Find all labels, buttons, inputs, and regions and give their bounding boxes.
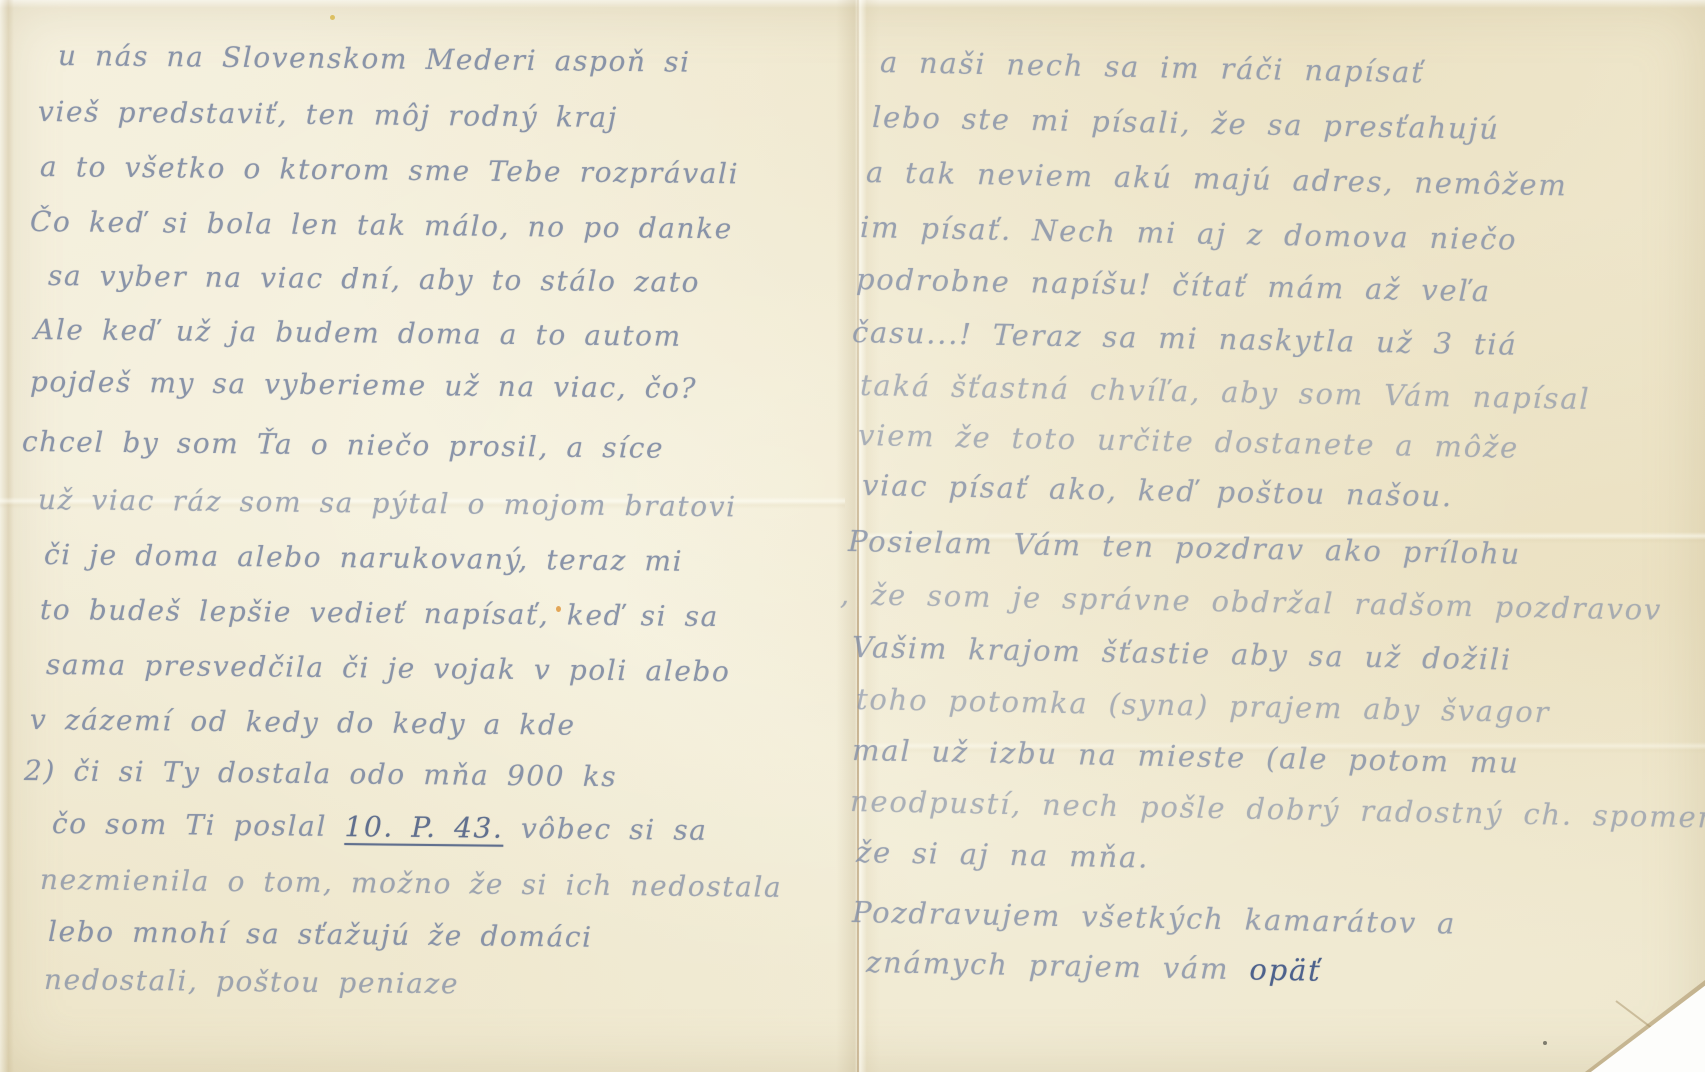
line-text: známych prajem vám bbox=[866, 945, 1250, 986]
handwritten-line: 2) či si Ty dostala odo mňa 900 ks bbox=[24, 757, 618, 791]
paper-speck bbox=[1543, 1041, 1547, 1045]
paper-speck bbox=[330, 15, 335, 20]
underlined-date: 10. P. 43. bbox=[344, 810, 503, 845]
handwritten-line: sa vyber na viac dní, aby to stálo zato bbox=[48, 262, 700, 297]
corner-crease-line bbox=[1615, 1000, 1693, 1059]
handwritten-line: a naši nech sa im ráči napísať bbox=[880, 48, 1425, 87]
handwritten-line: a to všetko o ktorom sme Tebe rozprávali bbox=[40, 153, 739, 188]
letter-sheet: u nás na Slovenskom Mederi aspoň si vieš… bbox=[0, 0, 1705, 1072]
handwritten-line: Ale keď už ja budem doma a to autom bbox=[34, 316, 682, 351]
handwritten-line: Čo keď si bola len tak málo, no po danke bbox=[30, 208, 733, 243]
paper-top-edge bbox=[0, 0, 1705, 8]
handwritten-line: viem že toto určite dostanete a môže bbox=[858, 421, 1520, 463]
handwritten-line: sama presvedčila či je vojak v poli aleb… bbox=[46, 651, 731, 686]
emphasized-word: opäť bbox=[1249, 952, 1322, 987]
handwritten-line: pojdeš my sa vyberieme už na viac, čo? bbox=[30, 368, 697, 403]
line-text: čo som Ti poslal bbox=[52, 807, 345, 843]
handwritten-line: viac písať ako, keď poštou našou. bbox=[862, 471, 1454, 511]
handwritten-line: , že som je správne obdržal radšom pozdr… bbox=[840, 580, 1663, 625]
handwritten-line: toho potomka (syna) prajem aby švagor bbox=[856, 685, 1551, 727]
line-text: vôbec si sa bbox=[503, 812, 707, 847]
handwritten-line: už viac ráz som sa pýtal o mojom bratovi bbox=[38, 486, 737, 521]
handwritten-line: vieš predstaviť, ten môj rodný kraj bbox=[38, 98, 618, 132]
handwritten-line: lebo ste mi písali, že sa presťahujú bbox=[872, 103, 1500, 144]
handwritten-line: podrobne napíšu! čítať mám až veľa bbox=[856, 265, 1491, 306]
handwritten-line: nedostali, poštou peniaze bbox=[44, 966, 459, 998]
handwritten-line: Vašim krajom šťastie aby sa už dožili bbox=[852, 633, 1513, 675]
handwritten-line: taká šťastná chvíľa, aby som Vám napísal bbox=[860, 371, 1591, 414]
handwritten-line: Posielam Vám ten pozdrav ako prílohu bbox=[848, 527, 1522, 569]
handwritten-line: Pozdravujem všetkých kamarátov a bbox=[852, 898, 1457, 939]
handwritten-line: v zázemí od kedy do kedy a kde bbox=[30, 706, 576, 740]
handwritten-line: nezmienila o tom, možno že si ich nedost… bbox=[40, 866, 783, 902]
handwritten-line: chcel by som Ťa o niečo prosil, a síce bbox=[22, 428, 664, 463]
handwritten-line: neodpustí, nech pošle dobrý radostný ch.… bbox=[850, 787, 1705, 834]
handwritten-line: u nás na Slovenskom Mederi aspoň si bbox=[58, 42, 691, 77]
handwritten-line: a tak neviem akú majú adres, nemôžem bbox=[866, 158, 1568, 200]
handwritten-line: mal už izbu na mieste (ale potom mu bbox=[852, 736, 1520, 778]
folded-corner-edge bbox=[1555, 957, 1705, 1072]
folded-corner bbox=[1555, 957, 1705, 1072]
handwritten-line-with-date: čo som Ti poslal 10. P. 43. vôbec si sa bbox=[52, 810, 708, 845]
paper-left-edge bbox=[0, 0, 14, 1072]
handwritten-line: to budeš lepšie vedieť napísať, keď si s… bbox=[40, 596, 719, 631]
folded-corner-background bbox=[1555, 957, 1705, 1072]
handwritten-line: či je doma alebo narukovaný, teraz mi bbox=[44, 541, 683, 576]
handwritten-line: že si aj na mňa. bbox=[856, 838, 1150, 873]
handwritten-line: známych prajem vám opäť bbox=[866, 948, 1322, 986]
handwritten-line: im písať. Nech mi aj z domova niečo bbox=[860, 213, 1518, 255]
handwritten-line: lebo mnohí sa sťažujú že domáci bbox=[48, 918, 593, 952]
handwritten-line: času...! Teraz sa mi naskytla už 3 tiá bbox=[852, 318, 1518, 360]
